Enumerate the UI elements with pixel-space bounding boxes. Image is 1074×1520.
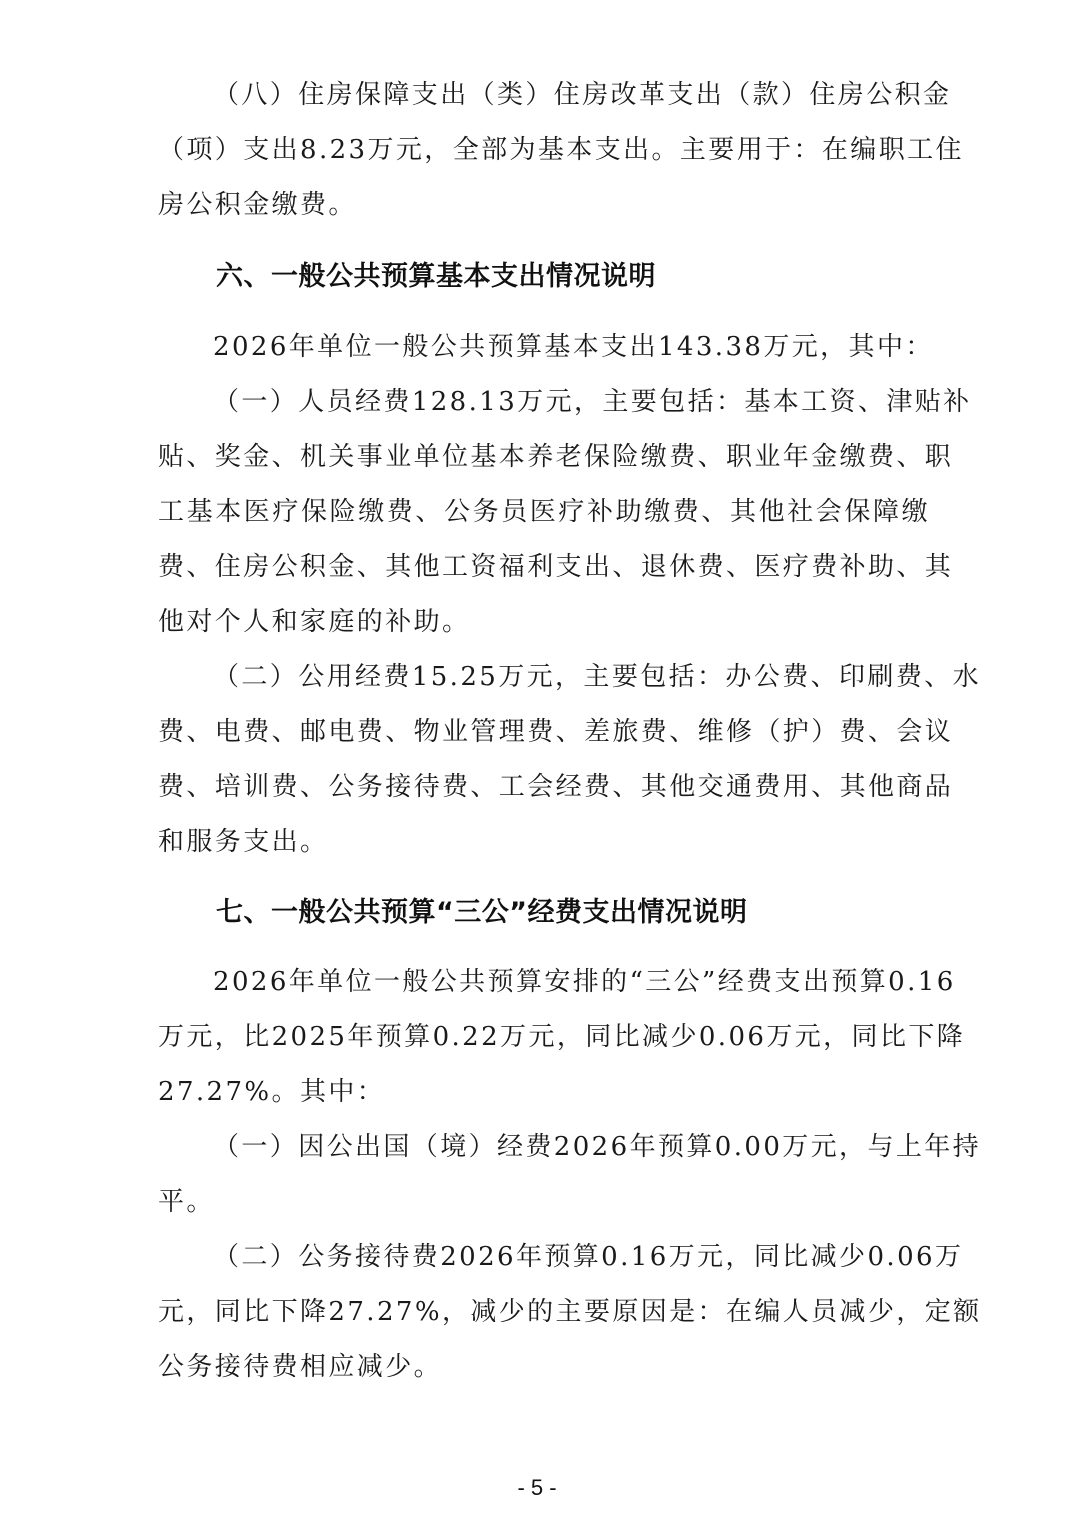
page-number: - 5 - <box>0 1475 1074 1501</box>
text-line: （项）支出8.23万元，全部为基本支出。主要用于：在编职工住 <box>158 123 930 178</box>
text-line: 平。 <box>158 1175 930 1230</box>
section-heading-three-public-expenses: 七、一般公共预算“三公”经费支出情况说明 <box>158 885 930 940</box>
document-page: （八）住房保障支出（类）住房改革支出（款）住房公积金 （项）支出8.23万元，全… <box>0 0 1074 1520</box>
text-line: 2026年单位一般公共预算安排的“三公”经费支出预算0.16 <box>158 955 930 1010</box>
text-line: 元，同比下降27.27%，减少的主要原因是：在编人员减少，定额 <box>158 1285 930 1340</box>
text-line: （一）因公出国（境）经费2026年预算0.00万元，与上年持 <box>158 1120 930 1175</box>
text-line: 费、住房公积金、其他工资福利支出、退休费、医疗费补助、其 <box>158 540 930 595</box>
text-line: （一）人员经费128.13万元，主要包括：基本工资、津贴补 <box>158 375 930 430</box>
text-line: 工基本医疗保险缴费、公务员医疗补助缴费、其他社会保障缴 <box>158 485 930 540</box>
section-heading-basic-expenditure: 六、一般公共预算基本支出情况说明 <box>158 249 930 304</box>
text-line: 公务接待费相应减少。 <box>158 1340 930 1395</box>
text-line: 费、电费、邮电费、物业管理费、差旅费、维修（护）费、会议 <box>158 705 930 760</box>
paragraph-housing-fund: （八）住房保障支出（类）住房改革支出（款）住房公积金 （项）支出8.23万元，全… <box>158 68 930 233</box>
page-content: （八）住房保障支出（类）住房改革支出（款）住房公积金 （项）支出8.23万元，全… <box>158 68 930 1395</box>
text-line: （二）公用经费15.25万元，主要包括：办公费、印刷费、水 <box>158 650 930 705</box>
text-line: 27.27%。其中： <box>158 1065 930 1120</box>
paragraph-official-reception: （二）公务接待费2026年预算0.16万元，同比减少0.06万 元，同比下降27… <box>158 1230 930 1395</box>
paragraph-three-public-intro: 2026年单位一般公共预算安排的“三公”经费支出预算0.16 万元，比2025年… <box>158 955 930 1120</box>
paragraph-public-expenses: （二）公用经费15.25万元，主要包括：办公费、印刷费、水 费、电费、邮电费、物… <box>158 650 930 870</box>
text-line: 房公积金缴费。 <box>158 178 930 233</box>
text-line: （八）住房保障支出（类）住房改革支出（款）住房公积金 <box>158 68 930 123</box>
paragraph-basic-expenditure-intro: 2026年单位一般公共预算基本支出143.38万元，其中： <box>158 320 930 375</box>
text-line: 万元，比2025年预算0.22万元，同比减少0.06万元，同比下降 <box>158 1010 930 1065</box>
paragraph-personnel-expenses: （一）人员经费128.13万元，主要包括：基本工资、津贴补 贴、奖金、机关事业单… <box>158 375 930 650</box>
text-line: 和服务支出。 <box>158 815 930 870</box>
text-line: 费、培训费、公务接待费、工会经费、其他交通费用、其他商品 <box>158 760 930 815</box>
text-line: （二）公务接待费2026年预算0.16万元，同比减少0.06万 <box>158 1230 930 1285</box>
paragraph-overseas-travel: （一）因公出国（境）经费2026年预算0.00万元，与上年持 平。 <box>158 1120 930 1230</box>
text-line: 他对个人和家庭的补助。 <box>158 595 930 650</box>
text-line: 贴、奖金、机关事业单位基本养老保险缴费、职业年金缴费、职 <box>158 430 930 485</box>
